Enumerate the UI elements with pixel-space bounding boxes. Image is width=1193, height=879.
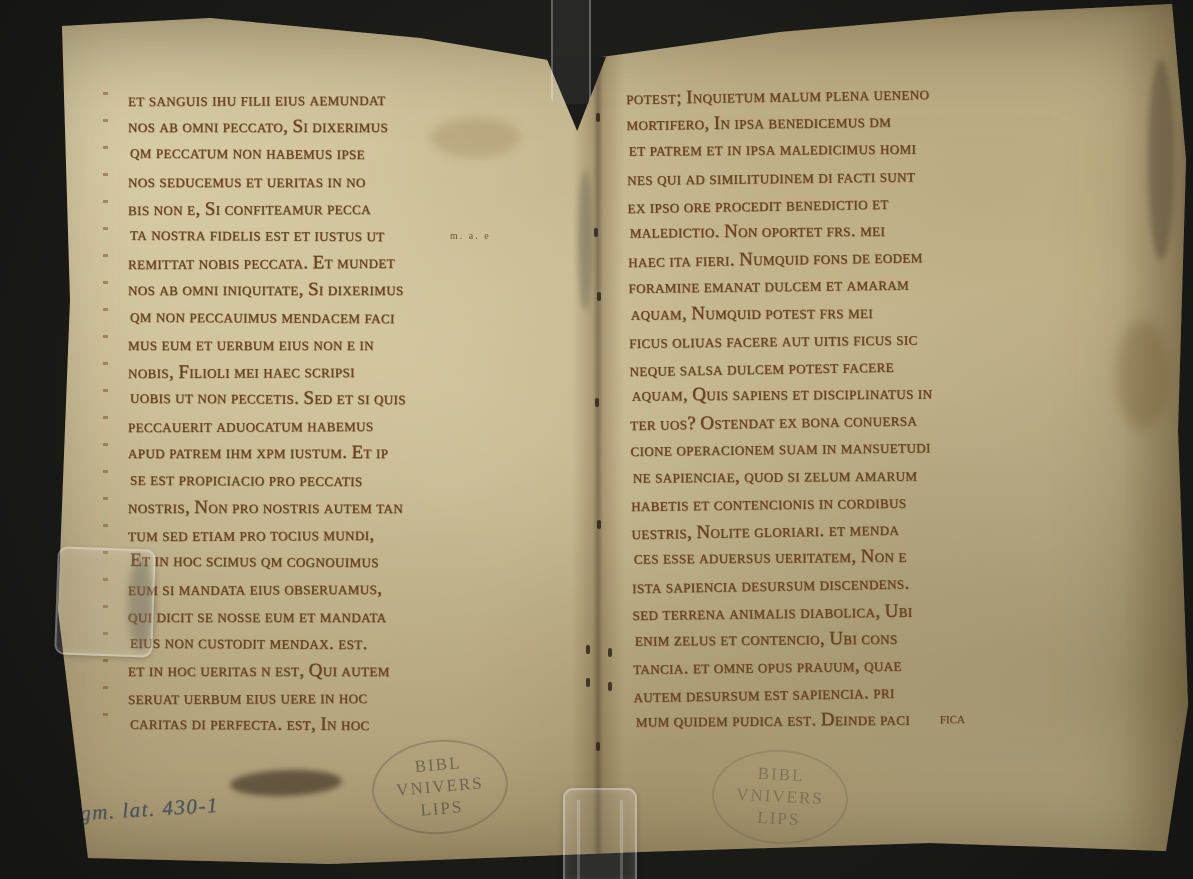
manuscript-line: seruat uerbum eius uere in hoc [128,683,600,712]
stamp-line: LIPS [420,796,465,822]
manuscript-line: aquam, Numquid potest frs mei [631,296,1151,327]
stain [1148,60,1174,260]
manuscript-line: et in hoc ueritas n est, Qui autem [128,657,600,684]
sewing-hole [596,742,600,751]
stamp-line: BIBL [757,763,805,787]
manuscript-line: nos seducemus et ueritas in no [128,168,600,195]
manuscript-line: ne sapienciae, quod si zelum amarum [633,460,1153,491]
manuscript-line: caritas di perfecta. est, In hoc [130,710,602,740]
library-stamp-left: BIBL VNIVERS LIPS [368,734,512,839]
photo-background: et sanguis ihu filii eius aemundat nos a… [0,0,1193,879]
interlinear-gloss: m. a. e [450,231,491,242]
sewing-hole [608,648,612,657]
manuscript-line: nostris, Non pro nostris autem tan [128,494,600,521]
paper-clip-bottom-icon [563,788,637,879]
manuscript-line: remittat nobis peccata. Et mundet [128,248,600,277]
manuscript-line: ta nostra fidelis est et iustus ut [130,221,602,251]
library-stamp-right: BIBL VNIVERS LIPS [710,747,851,848]
manuscript-line: tum sed etiam pro tocius mundi, [128,520,600,549]
manuscript-line: nobis, Filioli mei haec scripsi [128,357,600,386]
stain [230,768,343,798]
manuscript-line: qui dicit se nosse eum et mandata [128,603,600,630]
manuscript-line: peccauerit aduocatum habemus [128,411,600,440]
manuscript-line: mum quidem pudica est. Deinde paci [636,704,1156,735]
manuscript-line: apud patrem ihm xpm iustum. Et ip [128,439,600,466]
manuscript-line: nos ab omni iniquitate, Si dixerimus [128,276,600,303]
manuscript-line: enim zelus et contencio, Ubi cons [635,623,1155,654]
manuscript-line: eius non custodit mendax. est. [130,629,602,659]
manuscript-line: bis non e, Si confiteamur pecca [128,194,600,223]
manuscript-line: nos ab omni peccato, Si dixerimus [128,113,600,140]
manuscript-line: Et in hoc scimus qm cognouimus [130,547,602,577]
manuscript-line: eum si mandata eius obseruamus, [128,574,600,603]
parchment-bifolium: et sanguis ihu filii eius aemundat nos a… [0,0,1193,879]
manuscript-line: uobis ut non peccetis. Sed et si quis [130,384,602,414]
mount-strip-top-icon [551,0,591,104]
manuscript-line: mus eum et uerbum eius non e in [128,331,600,358]
manuscript-line: qm non peccauimus mendacem faci [130,302,602,332]
shelfmark: Fragm. lat. 430-1 [43,793,219,829]
sewing-hole [608,682,612,691]
manuscript-line: et patrem et in ipsa maledicimus homi [629,133,1149,164]
right-page: potest; Inquietum malum plena ueneno mor… [626,78,1154,737]
catchword: fica [940,711,965,728]
stamp-line: LIPS [757,807,801,831]
stamp-line: VNIVERS [736,784,825,811]
paper-clip-left-icon [54,546,156,657]
left-page: et sanguis ihu filii eius aemundat nos a… [128,86,600,739]
manuscript-line: et sanguis ihu filii eius aemundat [128,85,600,114]
manuscript-line: se est propiciacio pro peccatis [130,465,602,495]
manuscript-line: qm peccatum non habemus ipse [130,139,602,169]
